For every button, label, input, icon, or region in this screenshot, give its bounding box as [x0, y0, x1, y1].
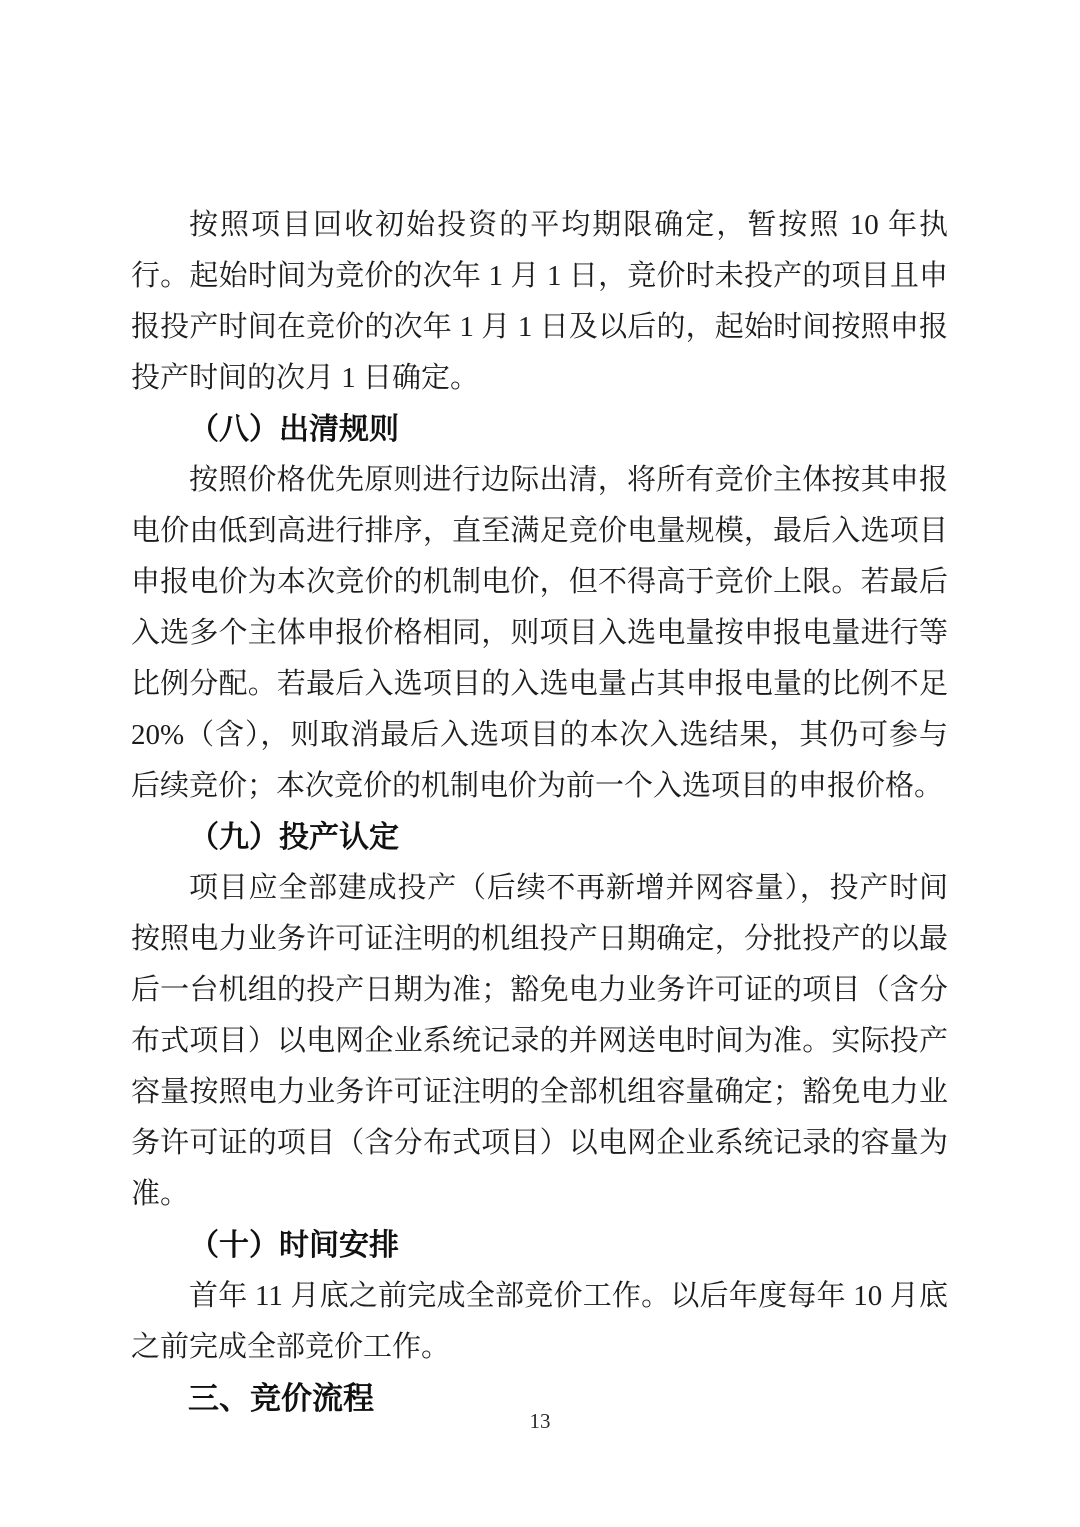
paragraph-execution-period: 按照项目回收初始投资的平均期限确定，暂按照 10 年执行。起始时间为竞价的次年 … [131, 200, 948, 404]
document-page: 按照项目回收初始投资的平均期限确定，暂按照 10 年执行。起始时间为竞价的次年 … [0, 0, 1080, 1527]
paragraph-time-schedule: 首年 11 月底之前完成全部竞价工作。以后年度每年 10 月底之前完成全部竞价工… [131, 1271, 948, 1373]
section-heading-9-commissioning-determination: （九）投产认定 [131, 812, 948, 863]
paragraph-clearing-rules: 按照价格优先原则进行边际出清，将所有竞价主体按其申报电价由低到高进行排序，直至满… [131, 455, 948, 812]
section-heading-8-clearing-rules: （八）出清规则 [131, 404, 948, 455]
section-heading-10-time-schedule: （十）时间安排 [131, 1220, 948, 1271]
document-content: 按照项目回收初始投资的平均期限确定，暂按照 10 年执行。起始时间为竞价的次年 … [131, 200, 948, 1424]
page-number: 13 [0, 1408, 1080, 1434]
paragraph-commissioning-determination: 项目应全部建成投产（后续不再新增并网容量），投产时间按照电力业务许可证注明的机组… [131, 863, 948, 1220]
